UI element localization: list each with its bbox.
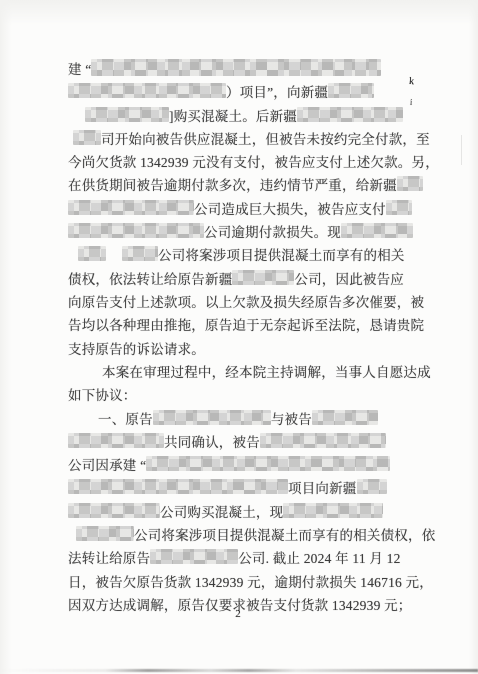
text-line: 如下协议： <box>68 382 413 405</box>
redaction-bar <box>73 130 101 145</box>
redaction-bar <box>122 246 158 261</box>
redaction-bar <box>328 83 374 98</box>
redaction-bar <box>150 549 238 564</box>
redaction-bar <box>85 107 169 122</box>
text-run: 项目向新疆 <box>288 477 357 497</box>
text-line: 法转让给原告公司. 截止 2024 年 11 月 12 <box>68 545 413 568</box>
redaction-gap <box>106 253 122 254</box>
text-line: 公司因承建 “ <box>68 452 413 475</box>
text-line: ）项目”，向新疆 <box>68 79 413 102</box>
redaction-bar <box>146 456 390 471</box>
text-run: 司开始向被告供应混凝土，但被告未按约完全付款，至 <box>101 128 430 148</box>
text-line: 在供货期间被告逾期付款多次，违约情节严重，给新疆 <box>68 172 413 195</box>
text-line: 共同确认，被告 <box>68 429 413 452</box>
text-run: 公司，因此被告应 <box>294 268 404 288</box>
text-line: 本案在审理过程中，经本院主持调解，当事人自愿达成 <box>68 359 447 382</box>
page-number: 2 <box>230 608 246 620</box>
text-line: 一、原告与被告 <box>68 406 443 429</box>
text-run: 今尚欠货款 1342939 元没有支付，被告应支付上述欠款。另， <box>68 151 439 171</box>
redaction-bar <box>68 503 160 518</box>
redaction-bar <box>68 479 288 494</box>
margin-stray-mark: k <box>409 76 415 87</box>
text-run: ]购买混凝土。后新疆 <box>169 105 297 125</box>
text-line: 告均以各种理由推拖，原告迫于无奈起诉至法院，恳请贵院 <box>68 312 413 335</box>
text-run: 支持原告的诉讼请求。 <box>68 338 205 358</box>
text-run: 如下协议： <box>68 384 137 404</box>
text-run: 在供货期间被告逾期付款多次，违约情节严重，给新疆 <box>68 174 397 194</box>
text-run: 债权，依法转让给原告新疆 <box>68 268 232 288</box>
redaction-bar <box>397 176 423 191</box>
redaction-bar <box>260 433 386 448</box>
text-line: 公司将案涉项目提供混凝土而享有的相关债权，依 <box>68 522 421 545</box>
scan-top-shadow <box>0 0 478 25</box>
redaction-bar <box>341 223 413 238</box>
redaction-bar <box>297 107 403 122</box>
text-line: 公司造成巨大损失，被告应支付 <box>68 196 413 219</box>
redaction-bar <box>68 223 204 238</box>
text-line: ]购买混凝土。后新疆 <box>68 103 430 126</box>
redaction-bar <box>78 246 106 261</box>
text-line: 公司购买混凝土，现 <box>68 499 413 522</box>
redaction-bar <box>312 410 378 425</box>
text-run: 日，被告欠原告货款 1342939 元，逾期付款损失 146716 元， <box>68 571 433 591</box>
text-run: 公司. 截止 2024 年 11 月 12 <box>238 547 400 567</box>
redaction-bar <box>283 503 383 518</box>
scanned-page: 建 “）项目”，向新疆]购买混凝土。后新疆司开始向被告供应混凝土，但被告未按约完… <box>0 0 478 674</box>
redaction-bar <box>386 200 412 215</box>
redaction-bar <box>68 83 226 98</box>
text-run: 告均以各种理由推拖，原告迫于无奈起诉至法院，恳请贵院 <box>68 314 424 334</box>
text-line: 公司将案涉项目提供混凝土而享有的相关 <box>68 242 423 265</box>
text-run: 向原告支付上述款项。以上欠款及损失经原告多次催要，被 <box>68 291 424 311</box>
scan-left-shadow <box>0 0 12 674</box>
redaction-bar <box>68 433 164 448</box>
scan-right-shadow <box>469 0 478 674</box>
redaction-bar <box>76 526 134 541</box>
text-run: 公司因承建 “ <box>68 454 146 474</box>
paper-crease <box>461 135 462 165</box>
text-run: ）项目”，向新疆 <box>226 81 328 101</box>
text-line: 今尚欠货款 1342939 元没有支付，被告应支付上述欠款。另， <box>68 149 413 172</box>
text-run: 法转让给原告 <box>68 547 150 567</box>
redaction-bar <box>153 410 271 425</box>
text-line: 司开始向被告供应混凝土，但被告未按约完全付款，至 <box>68 126 418 149</box>
text-line: 支持原告的诉讼请求。 <box>68 336 413 359</box>
text-run: 公司逾期付款损失。现 <box>204 221 341 241</box>
text-run: 与被告 <box>271 408 312 428</box>
text-run: 一、原告 <box>98 408 153 428</box>
margin-stray-mark: i <box>410 97 413 107</box>
text-run: 公司将案涉项目提供混凝土而享有的相关债权，依 <box>134 524 435 544</box>
text-line: 公司逾期付款损失。现 <box>68 219 413 242</box>
page-bottom-edge <box>0 669 478 672</box>
text-run: 本案在审理过程中，经本院主持调解，当事人自愿达成 <box>102 361 431 381</box>
text-run: 公司造成巨大损失，被告应支付 <box>194 198 386 218</box>
text-run: 共同确认，被告 <box>164 431 260 451</box>
text-run: 建 “ <box>68 58 91 78</box>
text-line: 建 “ <box>68 56 413 79</box>
text-run: 公司购买混凝土，现 <box>160 501 283 521</box>
redaction-bar <box>68 200 194 215</box>
text-line: 债权，依法转让给原告新疆公司，因此被告应 <box>68 266 413 289</box>
text-line: 日，被告欠原告货款 1342939 元，逾期付款损失 146716 元， <box>68 569 413 592</box>
text-run: 公司将案涉项目提供混凝土而享有的相关 <box>158 244 405 264</box>
redaction-bar <box>357 479 387 494</box>
redaction-bar <box>91 59 381 76</box>
text-line: 项目向新疆 <box>68 475 413 498</box>
redaction-bar <box>232 270 294 285</box>
text-line: 向原告支付上述款项。以上欠款及损失经原告多次催要，被 <box>68 289 413 312</box>
